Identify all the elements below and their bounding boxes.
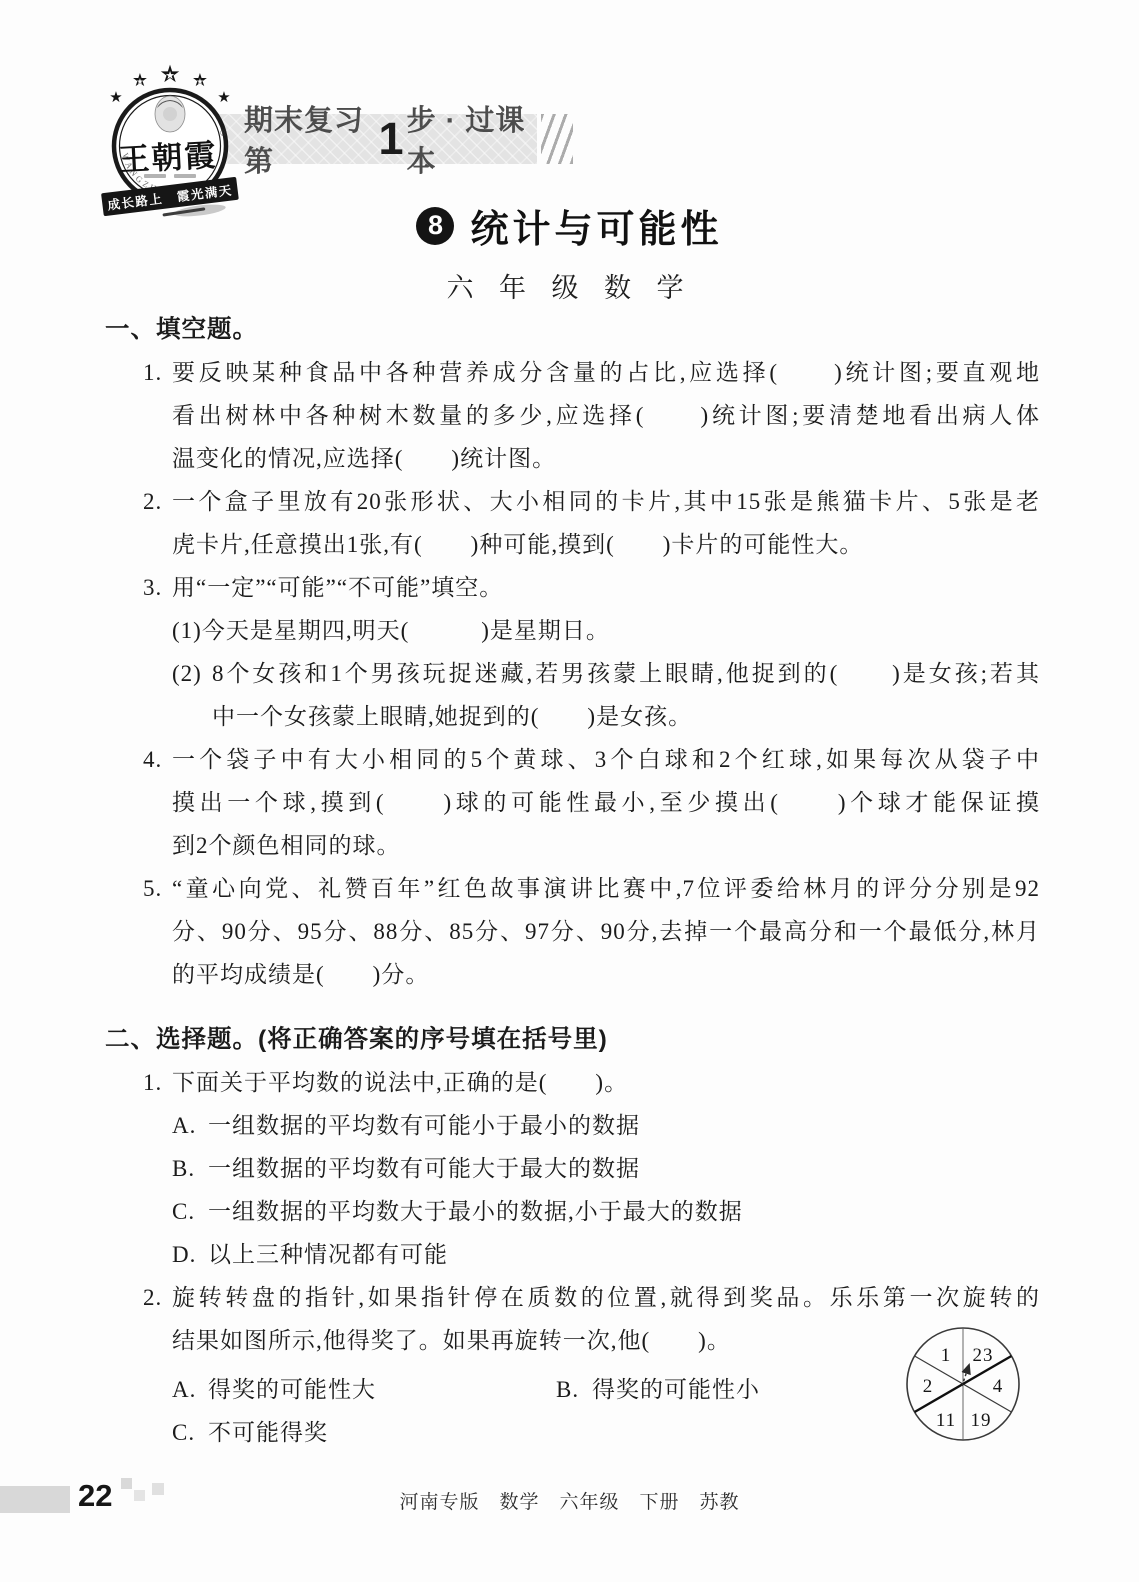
question-line: 今天是星期四,明天( )是星期日。 [202, 618, 610, 643]
subquestion-2: (2) 8个女孩和1个男孩玩捉迷藏,若男孩蒙上眼睛,他捉到的( )是女孩;若其 … [172, 652, 1040, 738]
question-number: 4. [143, 738, 162, 781]
option-letter: A. [172, 1368, 196, 1411]
option-letter: B. [556, 1368, 579, 1411]
banner-text-suffix: 步 · 过课本 [407, 98, 537, 180]
svg-text:★: ★ [109, 90, 122, 106]
option-a: A. 一组数据的平均数有可能小于最小的数据 [172, 1104, 1040, 1147]
spinner-sector-label: 4 [993, 1376, 1004, 1397]
option-letter: C. [172, 1190, 195, 1233]
question-number: 2. [143, 480, 162, 523]
option-b: B. 得奖的可能性小 [556, 1368, 760, 1411]
spinner-sector-label: 19 [971, 1410, 992, 1431]
svg-text:★: ★ [196, 77, 203, 86]
question-5: 5. “童心向党、礼赞百年”红色故事演讲比赛中,7位评委给林月的评分分别是92 … [105, 867, 1040, 996]
question-line: 下面关于平均数的说法中,正确的是( )。 [172, 1061, 1040, 1104]
subquestion-marker: (2) [172, 652, 202, 695]
question-number: 5. [143, 867, 162, 910]
question-line: 用“一定”“可能”“不可能”填空。 [172, 566, 1040, 609]
question-number: 1. [143, 351, 162, 394]
svg-text:★: ★ [136, 77, 143, 86]
option-text: 不可能得奖 [208, 1420, 328, 1445]
banner-step-number: 1 [379, 114, 404, 164]
brand-logo: ★ ★ ★ ★ ★ ★ ★ ★ WANGZHAOXIA 王朝霞 ® [96, 56, 244, 224]
trademark-symbol: ® [220, 128, 227, 138]
question-number: 1. [143, 1061, 162, 1104]
question-line: 虎卡片,任意摸出1张,有( )种可能,摸到( )卡片的可能性大。 [172, 523, 1040, 566]
question-line: 的平均成绩是( )分。 [172, 953, 1040, 996]
option-letter: C. [172, 1411, 195, 1454]
question-line: 一个盒子里放有20张形状、大小相同的卡片,其中15张是熊猫卡片、5张是老 [172, 480, 1040, 523]
choice-question-1: 1. 下面关于平均数的说法中,正确的是( )。 A. 一组数据的平均数有可能小于… [105, 1061, 1040, 1276]
option-letter: B. [172, 1147, 195, 1190]
question-line: 中一个女孩蒙上眼睛,她捉到的( )是女孩。 [212, 695, 1040, 738]
question-number: 3. [143, 566, 162, 609]
brand-logo-graphic: ★ ★ ★ ★ ★ ★ ★ ★ WANGZHAOXIA 王朝霞 ® [96, 56, 244, 224]
question-line: 一个袋子中有大小相同的5个黄球、3个白球和2个红球,如果每次从袋子中 [172, 738, 1040, 781]
question-line: 8个女孩和1个男孩玩捉迷藏,若男孩蒙上眼睛,他捉到的( )是女孩;若其 [172, 652, 1040, 695]
header-banner: 期末复习第 1 步 · 过课本 [214, 114, 537, 164]
page-subtitle: 六 年 级 数 学 [0, 266, 1139, 305]
svg-text:★: ★ [217, 90, 230, 106]
question-number: 2. [143, 1276, 162, 1319]
svg-text:★: ★ [165, 70, 175, 82]
option-d: D. 以上三种情况都有可能 [172, 1233, 1040, 1276]
option-a: A. 得奖的可能性大 [172, 1368, 556, 1411]
page-title: 统计与可能性 [470, 198, 722, 253]
option-text: 一组数据的平均数大于最小的数据,小于最大的数据 [208, 1199, 743, 1224]
question-line: 到2个颜色相同的球。 [172, 824, 1040, 867]
option-text: 得奖的可能性大 [208, 1377, 376, 1402]
spinner-figure: 1 23 2 4 11 19 [902, 1323, 1024, 1445]
question-4: 4. 一个袋子中有大小相同的5个黄球、3个白球和2个红球,如果每次从袋子中 摸出… [105, 738, 1040, 867]
question-3: 3. 用“一定”“可能”“不可能”填空。 (1)今天是星期四,明天( )是星期日… [105, 566, 1040, 738]
unit-number-badge: 8 [416, 207, 454, 245]
question-1: 1. 要反映某种食品中各种营养成分含量的占比,应选择( )统计图;要直观地 看出… [105, 351, 1040, 480]
option-b: B. 一组数据的平均数有可能大于最大的数据 [172, 1147, 1040, 1190]
spinner-sector-label: 2 [923, 1376, 934, 1397]
portrait-icon [155, 96, 185, 132]
option-letter: A. [172, 1104, 196, 1147]
section-2-heading: 二、选择题。(将正确答案的序号填在括号里) [105, 1018, 1040, 1061]
question-2: 2. 一个盒子里放有20张形状、大小相同的卡片,其中15张是熊猫卡片、5张是老 … [105, 480, 1040, 566]
question-line: “童心向党、礼赞百年”红色故事演讲比赛中,7位评委给林月的评分分别是92 [172, 867, 1040, 910]
question-line: 温变化的情况,应选择( )统计图。 [172, 437, 1040, 480]
question-line: 分、90分、95分、88分、85分、97分、90分,去掉一个最高分和一个最低分,… [172, 910, 1040, 953]
option-text: 一组数据的平均数有可能小于最小的数据 [208, 1113, 640, 1138]
section-1-heading: 一、填空题。 [105, 308, 1040, 351]
option-text: 一组数据的平均数有可能大于最大的数据 [208, 1156, 640, 1181]
question-line: 摸出一个球,摸到( )球的可能性最小,至少摸出( )个球才能保证摸 [172, 781, 1040, 824]
question-line: 看出树林中各种树木数量的多少,应选择( )统计图;要清楚地看出病人体 [172, 394, 1040, 437]
option-letter: D. [172, 1233, 196, 1276]
spinner-sector-label: 23 [973, 1345, 994, 1366]
option-text: 以上三种情况都有可能 [208, 1242, 448, 1267]
question-line: 要反映某种食品中各种营养成分含量的占比,应选择( )统计图;要直观地 [172, 351, 1040, 394]
subquestion-1: (1)今天是星期四,明天( )是星期日。 [172, 609, 1040, 652]
question-line: 旋转转盘的指针,如果指针停在质数的位置,就得到奖品。乐乐第一次旋转的 [172, 1276, 1040, 1319]
brand-name: 王朝霞 [118, 138, 219, 178]
banner-text-prefix: 期末复习第 [244, 98, 376, 180]
option-text: 得奖的可能性小 [592, 1377, 760, 1402]
spinner-sector-label: 1 [941, 1345, 952, 1366]
choice-question-2: 2. 旋转转盘的指针,如果指针停在质数的位置,就得到奖品。乐乐第一次旋转的 结果… [105, 1276, 1040, 1454]
footer-text: 河南专版 数学 六年级 下册 苏教 [0, 1487, 1139, 1514]
worksheet-body: 一、填空题。 1. 要反映某种食品中各种营养成分含量的占比,应选择( )统计图;… [105, 308, 1040, 1454]
subquestion-marker: (1) [172, 618, 202, 643]
spinner-sector-label: 11 [936, 1410, 956, 1431]
banner-slashes-decoration [541, 114, 573, 164]
option-c: C. 一组数据的平均数大于最小的数据,小于最大的数据 [172, 1190, 1040, 1233]
